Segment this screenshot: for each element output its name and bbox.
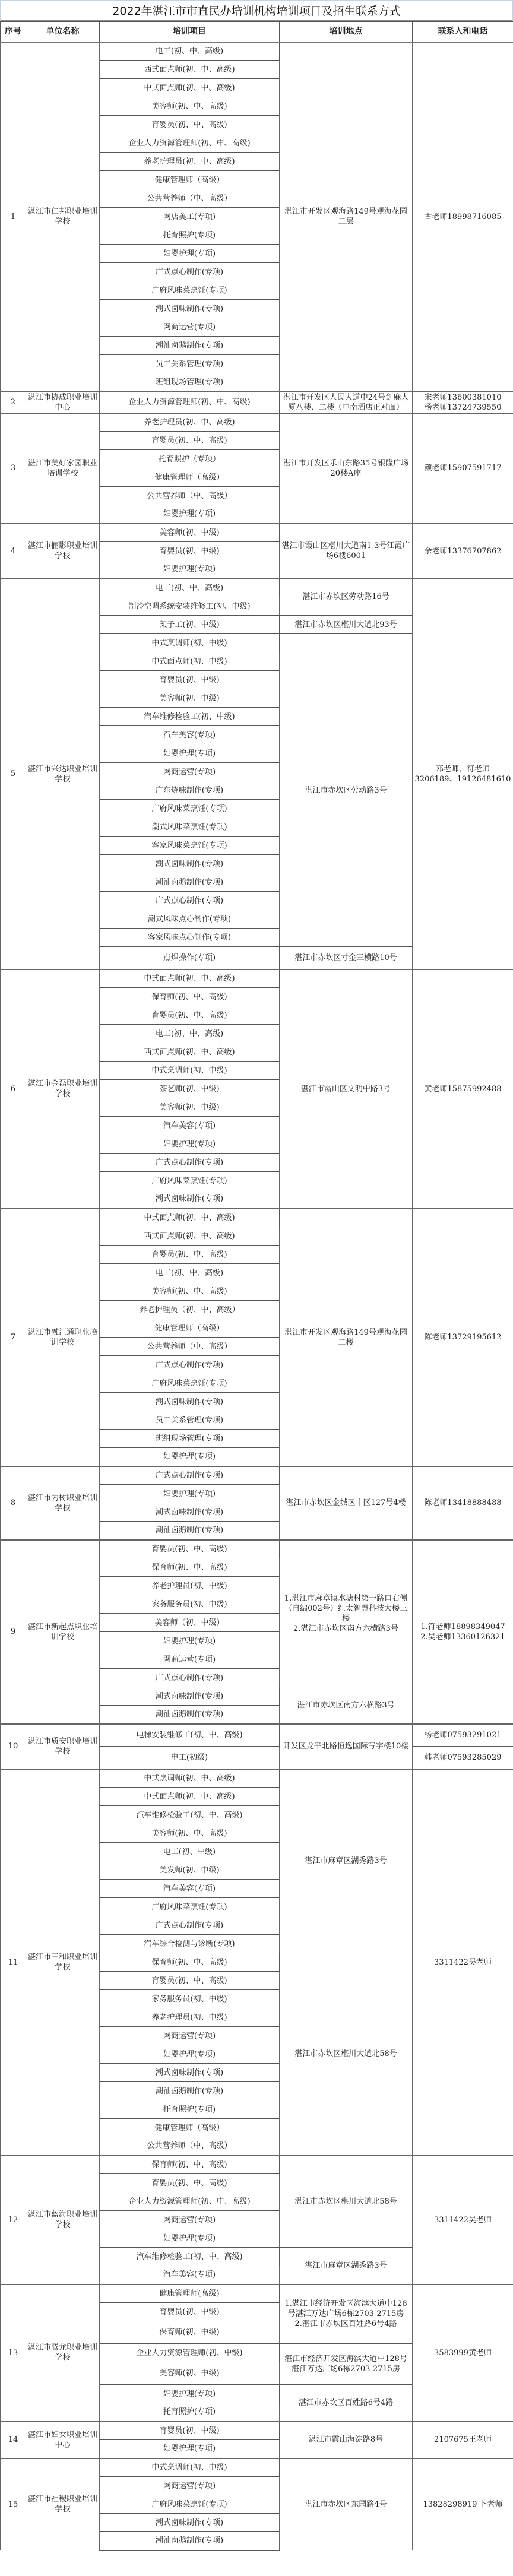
training-item: 中式面点师(初、中、高级) bbox=[100, 1209, 280, 1227]
unit-name: 湛江市质安职业培训学校 bbox=[26, 1724, 100, 1769]
training-item: 中式面点师(初、中、高级) bbox=[100, 969, 280, 988]
training-item: 妇婴护理(专项) bbox=[100, 1632, 280, 1650]
contact-info: 韩老师07593285029 bbox=[413, 1747, 513, 1769]
contact-info: 邓老师、符老师 3206189、19126481610 bbox=[413, 579, 513, 969]
training-location: 湛江市开发区人民大道中24号剑麻大厦八楼、二楼（中南酒店正对面） bbox=[280, 392, 413, 413]
unit-name: 湛江市兴达职业培训学校 bbox=[26, 579, 100, 969]
training-item: 电工(初、中、高级) bbox=[100, 1264, 280, 1282]
seq-number: 7 bbox=[1, 1209, 26, 1466]
table-row: 5湛江市兴达职业培训学校电工(初、中、高级)湛江市赤坎区劳动路16号邓老师、符老… bbox=[1, 579, 513, 597]
training-item: 电工(初、中、高级) bbox=[100, 42, 280, 61]
training-item: 养老护理员（初、中、高级） bbox=[100, 1301, 280, 1319]
header-seq: 序号 bbox=[1, 22, 26, 42]
training-item: 妇婴护理(专项) bbox=[100, 560, 280, 579]
training-item: 妇婴护理(专项) bbox=[100, 2229, 280, 2248]
training-item: 电梯安装维修工(初、中、高级) bbox=[100, 1724, 280, 1747]
training-item: 网商运营(专项) bbox=[100, 2211, 280, 2229]
unit-name: 湛江市美好家园职业培训学校 bbox=[26, 413, 100, 524]
training-location: 湛江市赤坎区寸金三横路10号 bbox=[280, 947, 413, 969]
training-item: 广东烧味制作(专项) bbox=[100, 781, 280, 800]
training-item: 潮式卤味制作(专项) bbox=[100, 1190, 280, 1209]
training-item: 汽车美容(专项) bbox=[100, 1880, 280, 1898]
seq-number: 1 bbox=[1, 42, 26, 392]
seq-number: 2 bbox=[1, 392, 26, 413]
training-item: 广府风味菜烹饪(专项) bbox=[100, 1898, 280, 1916]
training-item: 网商运营(专项) bbox=[100, 1650, 280, 1669]
table-row: 1湛江市仁邦职业培训学校电工(初、中、高级)湛江市开发区观海路149号观海花园二… bbox=[1, 42, 513, 61]
training-item: 广府风味菜烹饪(专项) bbox=[100, 2495, 280, 2514]
training-item: 潮汕卤鹅制作(专项) bbox=[100, 337, 280, 355]
training-item: 妇婴护理(专项) bbox=[100, 245, 280, 263]
training-item: 广式点心制作(专项) bbox=[100, 1466, 280, 1485]
training-item: 中式烹调师(初、中级) bbox=[100, 2458, 280, 2477]
training-item: 潮式卤味制作(专项) bbox=[100, 1503, 280, 1522]
training-item: 汽车美容(专项) bbox=[100, 726, 280, 744]
table-row: 9湛江市新起点职业培训学校育婴员(初、中、高级)1.湛江市麻章镇水塘村第一路口右… bbox=[1, 1540, 513, 1558]
table-row: 3湛江市美好家园职业培训学校养老护理员(初、中、高级)湛江市开发区乐山东路35号… bbox=[1, 413, 513, 432]
training-item: 潮式卤味制作(专项) bbox=[100, 1393, 280, 1411]
training-item: 妇婴护理(专项) bbox=[100, 744, 280, 763]
table-row: 14湛江市妇女职业培训中心育婴员(初、中级)湛江市霞山海淀路8号2107675王… bbox=[1, 2422, 513, 2440]
table-row: 6湛江市金磊职业培训学校中式面点师(初、中、高级)湛江市霞山区文明中路3号黄老师… bbox=[1, 969, 513, 988]
training-item: 点焊操作(专项) bbox=[100, 947, 280, 969]
training-location: 湛江市经济开发区海滨大道中128号湛江万达广场6栋2703-2715房 bbox=[280, 2344, 413, 2385]
training-item: 育婴员(初、中、高级) bbox=[100, 1246, 280, 1264]
training-item: 企业人力资源管理师(初、中级) bbox=[100, 2344, 280, 2362]
seq-number: 11 bbox=[1, 1769, 26, 2156]
training-item: 汽车维修检验工(初、中、高级) bbox=[100, 2248, 280, 2266]
training-location: 湛江市霞山海淀路8号 bbox=[280, 2422, 413, 2458]
training-item: 潮式卤味制作(专项) bbox=[100, 2514, 280, 2532]
training-item: 西式面点师(初、中、高级) bbox=[100, 1043, 280, 1062]
training-item: 健康管理师（高级） bbox=[100, 171, 280, 189]
training-item: 员工关系管理(专项) bbox=[100, 355, 280, 373]
training-item: 育婴员(初、中、高级) bbox=[100, 1006, 280, 1025]
training-location: 湛江市赤坎区劳动路16号 bbox=[280, 579, 413, 616]
training-item: 班组现场管理(专项) bbox=[100, 1430, 280, 1448]
training-location: 湛江市开发区乐山东路35号银隆广场20楼A座 bbox=[280, 413, 413, 524]
training-item: 育婴员(初、中级) bbox=[100, 671, 280, 689]
seq-number: 13 bbox=[1, 2285, 26, 2422]
training-location: 湛江市赤坎区南方六横路3号 bbox=[280, 1687, 413, 1724]
training-item: 保育师(初、中、高级) bbox=[100, 2156, 280, 2174]
unit-name: 湛江市融汇通职业培训学校 bbox=[26, 1209, 100, 1466]
training-location: 湛江市赤坎区金城区十区127号4楼 bbox=[280, 1466, 413, 1540]
training-item: 育婴员(初、中级) bbox=[100, 542, 280, 560]
training-item: 育婴员(初、中、高级) bbox=[100, 432, 280, 450]
training-item: 保育师(初、中、高级) bbox=[100, 1558, 280, 1577]
seq-number: 9 bbox=[1, 1540, 26, 1724]
training-item: 企业人力资源管理师(初、中、高级) bbox=[100, 134, 280, 153]
training-location: 湛江市赤坎区椹川大道北93号 bbox=[280, 616, 413, 634]
contact-info: 1.符老师18898349047 2.吴老师13360126321 bbox=[413, 1540, 513, 1724]
training-item: 养老护理员(初、中、高级) bbox=[100, 413, 280, 432]
training-location: 湛江市开发区观海路149号观海花园二楼 bbox=[280, 1209, 413, 1466]
training-location: 开发区龙平北路恒逸国际写字楼10楼 bbox=[280, 1724, 413, 1769]
training-item: 托育照护(专项) bbox=[100, 2100, 280, 2119]
training-item: 潮汕卤鹅制作(专项) bbox=[100, 1706, 280, 1724]
training-item: 汽车综合检测与诊断(专项) bbox=[100, 1935, 280, 1953]
unit-name: 湛江市三和职业培训学校 bbox=[26, 1769, 100, 2156]
training-item: 健康管理师（高级） bbox=[100, 468, 280, 487]
training-item: 妇婴护理(专项) bbox=[100, 505, 280, 524]
seq-number: 6 bbox=[1, 969, 26, 1209]
contact-info: 3311422吴老师 bbox=[413, 1769, 513, 2156]
training-item: 妇婴护理(专项) bbox=[100, 2045, 280, 2064]
training-item: 美容师(初、中级) bbox=[100, 689, 280, 708]
header-training-item: 培训项目 bbox=[100, 22, 280, 42]
training-item: 潮式卤味制作(专项) bbox=[100, 300, 280, 318]
seq-number: 14 bbox=[1, 2422, 26, 2458]
training-item: 电工(初、中、高级) bbox=[100, 1025, 280, 1043]
header-unit-name: 单位名称 bbox=[26, 22, 100, 42]
contact-info: 黄老师15875992488 bbox=[413, 969, 513, 1209]
training-item: 美发师(初、中级) bbox=[100, 1861, 280, 1880]
seq-number: 12 bbox=[1, 2156, 26, 2285]
training-location: 湛江市赤坎区椹川大道北58号 bbox=[280, 2156, 413, 2248]
unit-name: 湛江市金磊职业培训学校 bbox=[26, 969, 100, 1209]
seq-number: 10 bbox=[1, 1724, 26, 1769]
training-item: 潮汕卤鹅制作(专项) bbox=[100, 873, 280, 892]
training-item: 妇婴护理(专项) bbox=[100, 2440, 280, 2458]
training-item: 保育师(初、中级) bbox=[100, 2321, 280, 2344]
training-item: 妇婴护理(专项) bbox=[100, 1135, 280, 1154]
training-location: 湛江市麻章区湖秀路3号 bbox=[280, 1769, 413, 1953]
training-item: 妇婴护理(专项) bbox=[100, 1485, 280, 1503]
training-item: 育婴员(初、中级) bbox=[100, 2422, 280, 2440]
page-title: 2022年湛江市市直民办培训机构培训项目及招生联系方式 bbox=[0, 0, 513, 21]
training-item: 潮式卤味制作(专项) bbox=[100, 855, 280, 873]
training-item: 美容师（初、中级） bbox=[100, 1614, 280, 1632]
unit-name: 湛江市腾龙职业培训学校 bbox=[26, 2285, 100, 2422]
training-item: 企业人力资源管理师(初、中、高级) bbox=[100, 392, 280, 413]
training-item: 中式面点师(初、中、高级) bbox=[100, 1788, 280, 1806]
training-item: 美容师(初、中、高级) bbox=[100, 97, 280, 116]
table-row: 11湛江市三和职业培训学校中式烹调师(初、中、高级)湛江市麻章区湖秀路3号331… bbox=[1, 1769, 513, 1788]
table-body: 1湛江市仁邦职业培训学校电工(初、中、高级)湛江市开发区观海路149号观海花园二… bbox=[1, 42, 513, 2550]
training-item: 健康管理师（高级） bbox=[100, 1319, 280, 1338]
training-item: 企业人力资源管理师(初、中、高级) bbox=[100, 2192, 280, 2211]
training-item: 公共营养师（中、高级） bbox=[100, 487, 280, 505]
training-item: 中式面点师(初、中级) bbox=[100, 652, 280, 671]
training-item: 托育照护(专项) bbox=[100, 226, 280, 245]
training-item: 养老护理员(初、中级) bbox=[100, 1577, 280, 1595]
training-item: 潮汕卤鹅制作(专项) bbox=[100, 2082, 280, 2100]
training-item: 公共营养师（中、高级） bbox=[100, 189, 280, 208]
unit-name: 湛江市蓝海职业培训学校 bbox=[26, 2156, 100, 2285]
training-item: 广府风味菜烹饪(专项) bbox=[100, 800, 280, 818]
contact-info: 3583999黄老师 bbox=[413, 2285, 513, 2422]
training-item: 广式点心制作(专项) bbox=[100, 1356, 280, 1374]
training-item: 潮汕卤鹅制作(专项) bbox=[100, 1522, 280, 1540]
seq-number: 3 bbox=[1, 413, 26, 524]
contact-info: 陈老师13729195612 bbox=[413, 1209, 513, 1466]
training-item: 电工(初、中、高级) bbox=[100, 579, 280, 597]
training-item: 班组现场管理(专项) bbox=[100, 373, 280, 392]
training-item: 制冷空调系统安装维修工(初、中级) bbox=[100, 597, 280, 616]
training-item: 家务服务员(初、中级) bbox=[100, 1990, 280, 2008]
training-item: 架子工(初、中级) bbox=[100, 616, 280, 634]
training-item: 广府风味菜烹饪(专项) bbox=[100, 1374, 280, 1393]
unit-name: 湛江市社稷职业培训学校 bbox=[26, 2458, 100, 2550]
training-item: 潮式卤味制作(专项) bbox=[100, 1687, 280, 1706]
contact-info: 3311422吴老师 bbox=[413, 2156, 513, 2285]
training-location: 湛江市赤坎区椹川大道北58号 bbox=[280, 1953, 413, 2156]
training-item: 美容师(初、中、高级) bbox=[100, 1824, 280, 1843]
training-item: 汽车美容(专项) bbox=[100, 2266, 280, 2285]
header-contact: 联系人和电话 bbox=[413, 22, 513, 42]
contact-info: 宋老师13600381010 杨老师13724739550 bbox=[413, 392, 513, 413]
training-location: 1.湛江市经济开发区海滨大道中128号湛江万达广场6栋2703-2715房 2.… bbox=[280, 2285, 413, 2344]
training-location: 湛江市开发区观海路149号观海花园二层 bbox=[280, 42, 413, 392]
table-row: 13湛江市腾龙职业培训学校健康管理师(高级)1.湛江市经济开发区海滨大道中128… bbox=[1, 2285, 513, 2303]
training-location: 湛江市赤坎区劳动路3号 bbox=[280, 634, 413, 947]
training-item: 育婴员(初、中、高级) bbox=[100, 1540, 280, 1558]
training-location: 湛江市赤坎区百姓路6号4路 bbox=[280, 2385, 413, 2422]
training-item: 广府风味菜烹饪(专项) bbox=[100, 281, 280, 300]
table-row: 7湛江市融汇通职业培训学校中式面点师(初、中、高级)湛江市开发区观海路149号观… bbox=[1, 1209, 513, 1227]
contact-info: 颜老师15907591717 bbox=[413, 413, 513, 524]
training-item: 育婴员(初、中、高级) bbox=[100, 116, 280, 134]
unit-name: 湛江市俪影职业培训学校 bbox=[26, 524, 100, 579]
seq-number: 8 bbox=[1, 1466, 26, 1540]
training-item: 潮式风味点心制作(专项) bbox=[100, 910, 280, 929]
training-item: 网商运营(专项) bbox=[100, 318, 280, 337]
seq-number: 15 bbox=[1, 2458, 26, 2550]
training-item: 公共营养师（中、高级） bbox=[100, 1338, 280, 1356]
training-item: 西式面点师(初、中、高级) bbox=[100, 61, 280, 79]
training-item: 广式点心制作(专项) bbox=[100, 263, 280, 281]
training-location: 1.湛江市麻章镇水塘村第一路口右侧（自编002号）红太智慧科技大楼三楼 2.湛江… bbox=[280, 1540, 413, 1687]
training-table: 序号 单位名称 培训项目 培训地点 联系人和电话 1湛江市仁邦职业培训学校电工(… bbox=[0, 21, 513, 2551]
training-item: 广式点心制作(专项) bbox=[100, 1916, 280, 1935]
table-row: 15湛江市社稷职业培训学校中式烹调师(初、中级)湛江市赤坎区东园路4号13828… bbox=[1, 2458, 513, 2477]
header-training-location: 培训地点 bbox=[280, 22, 413, 42]
training-item: 网店美工(专项) bbox=[100, 208, 280, 226]
contact-info: 2107675王老师 bbox=[413, 2422, 513, 2458]
table-row: 2湛江市协成职业培训中心企业人力资源管理师(初、中、高级)湛江市开发区人民大道中… bbox=[1, 392, 513, 413]
contact-info: 杨老师07593291021 bbox=[413, 1724, 513, 1747]
unit-name: 湛江市为树职业培训学校 bbox=[26, 1466, 100, 1540]
training-item: 电工(初级) bbox=[100, 1747, 280, 1769]
training-location: 湛江市霞山区椹川大道南1-3号江霞广场6楼6001 bbox=[280, 524, 413, 579]
table-header-row: 序号 单位名称 培训项目 培训地点 联系人和电话 bbox=[1, 22, 513, 42]
training-item: 健康管理师（高级） bbox=[100, 2119, 280, 2137]
training-item: 潮式卤味制作(专项) bbox=[100, 2064, 280, 2082]
training-item: 汽车维修检验工(初、中级) bbox=[100, 708, 280, 726]
training-item: 保育师(初、中、高级) bbox=[100, 1953, 280, 1972]
training-item: 公共营养师（中、高级） bbox=[100, 2137, 280, 2156]
training-item: 健康管理师(高级) bbox=[100, 2285, 280, 2303]
training-item: 网商运营(专项) bbox=[100, 763, 280, 781]
training-item: 茶艺师(初、中级) bbox=[100, 1080, 280, 1098]
contact-info: 古老师18998716085 bbox=[413, 42, 513, 392]
seq-number: 5 bbox=[1, 579, 26, 969]
training-item: 家务服务员(初、中级) bbox=[100, 1595, 280, 1614]
training-item: 育婴员(初、中级) bbox=[100, 2303, 280, 2321]
training-item: 中式烹调师(初、中级) bbox=[100, 634, 280, 652]
training-item: 美容师(初、中级) bbox=[100, 2362, 280, 2385]
training-item: 中式烹调师(初、中级) bbox=[100, 1062, 280, 1080]
training-item: 客家风味点心制作(专项) bbox=[100, 929, 280, 947]
training-item: 网商运营(专项) bbox=[100, 2027, 280, 2045]
training-item: 美容师(初、中级) bbox=[100, 524, 280, 542]
training-item: 中式面点师(初、中、高级) bbox=[100, 79, 280, 97]
contact-info: 13828298919 卜老师 bbox=[413, 2458, 513, 2550]
training-item: 妇婴护理(专项) bbox=[100, 1448, 280, 1466]
training-item: 广式点心制作(专项) bbox=[100, 1669, 280, 1687]
training-location: 湛江市霞山区文明中路3号 bbox=[280, 969, 413, 1209]
table-row: 4湛江市俪影职业培训学校美容师(初、中级)湛江市霞山区椹川大道南1-3号江霞广场… bbox=[1, 524, 513, 542]
contact-info: 陈老师13418888488 bbox=[413, 1466, 513, 1540]
unit-name: 湛江市新起点职业培训学校 bbox=[26, 1540, 100, 1724]
training-location: 湛江市麻章区湖秀路3号 bbox=[280, 2248, 413, 2285]
training-item: 广式点心制作(专项) bbox=[100, 1154, 280, 1172]
table-row: 12湛江市蓝海职业培训学校保育师(初、中、高级)湛江市赤坎区椹川大道北58号33… bbox=[1, 2156, 513, 2174]
training-item: 员工关系管理(专项) bbox=[100, 1411, 280, 1430]
training-item: 汽车美容(专项) bbox=[100, 1117, 280, 1135]
training-item: 客家风味菜烹饪(专项) bbox=[100, 837, 280, 855]
training-item: 养老护理员(初、中、高级) bbox=[100, 153, 280, 171]
training-item: 西式面点师(初、中、高级) bbox=[100, 1227, 280, 1246]
training-item: 广府风味菜烹饪(专项) bbox=[100, 1172, 280, 1190]
unit-name: 湛江市妇女职业培训中心 bbox=[26, 2422, 100, 2458]
training-item: 潮式风味菜烹饪(专项) bbox=[100, 818, 280, 837]
training-item: 美容师(初、中级) bbox=[100, 1098, 280, 1117]
training-item: 中式烹调师(初、中、高级) bbox=[100, 1769, 280, 1788]
table-row: 8湛江市为树职业培训学校广式点心制作(专项)湛江市赤坎区金城区十区127号4楼陈… bbox=[1, 1466, 513, 1485]
training-item: 电工(初、中级) bbox=[100, 1843, 280, 1861]
training-item: 托育照护（专项） bbox=[100, 450, 280, 468]
training-item: 妇婴护理(专项) bbox=[100, 2385, 280, 2403]
training-item: 广式点心制作(专项) bbox=[100, 892, 280, 910]
contact-info: 余老师13376707862 bbox=[413, 524, 513, 579]
training-item: 养老护理员(初、中级) bbox=[100, 2008, 280, 2027]
training-item: 汽车维修检验工(初、中、高级) bbox=[100, 1806, 280, 1824]
training-item: 网商运营(专项) bbox=[100, 2477, 280, 2495]
training-item: 育婴员(初、中、高级) bbox=[100, 2174, 280, 2192]
training-item: 托育照护(专项) bbox=[100, 2403, 280, 2422]
unit-name: 湛江市协成职业培训中心 bbox=[26, 392, 100, 413]
training-item: 育婴员(初、中、高级) bbox=[100, 1972, 280, 1990]
table-row: 10湛江市质安职业培训学校电梯安装维修工(初、中、高级)开发区龙平北路恒逸国际写… bbox=[1, 1724, 513, 1747]
training-item: 潮汕卤鹅制作(专项) bbox=[100, 2532, 280, 2550]
training-item: 保育师(初、中、高级) bbox=[100, 988, 280, 1006]
unit-name: 湛江市仁邦职业培训学校 bbox=[26, 42, 100, 392]
training-location: 湛江市赤坎区东园路4号 bbox=[280, 2458, 413, 2550]
seq-number: 4 bbox=[1, 524, 26, 579]
training-item: 美容师(初、中、高级) bbox=[100, 1282, 280, 1301]
